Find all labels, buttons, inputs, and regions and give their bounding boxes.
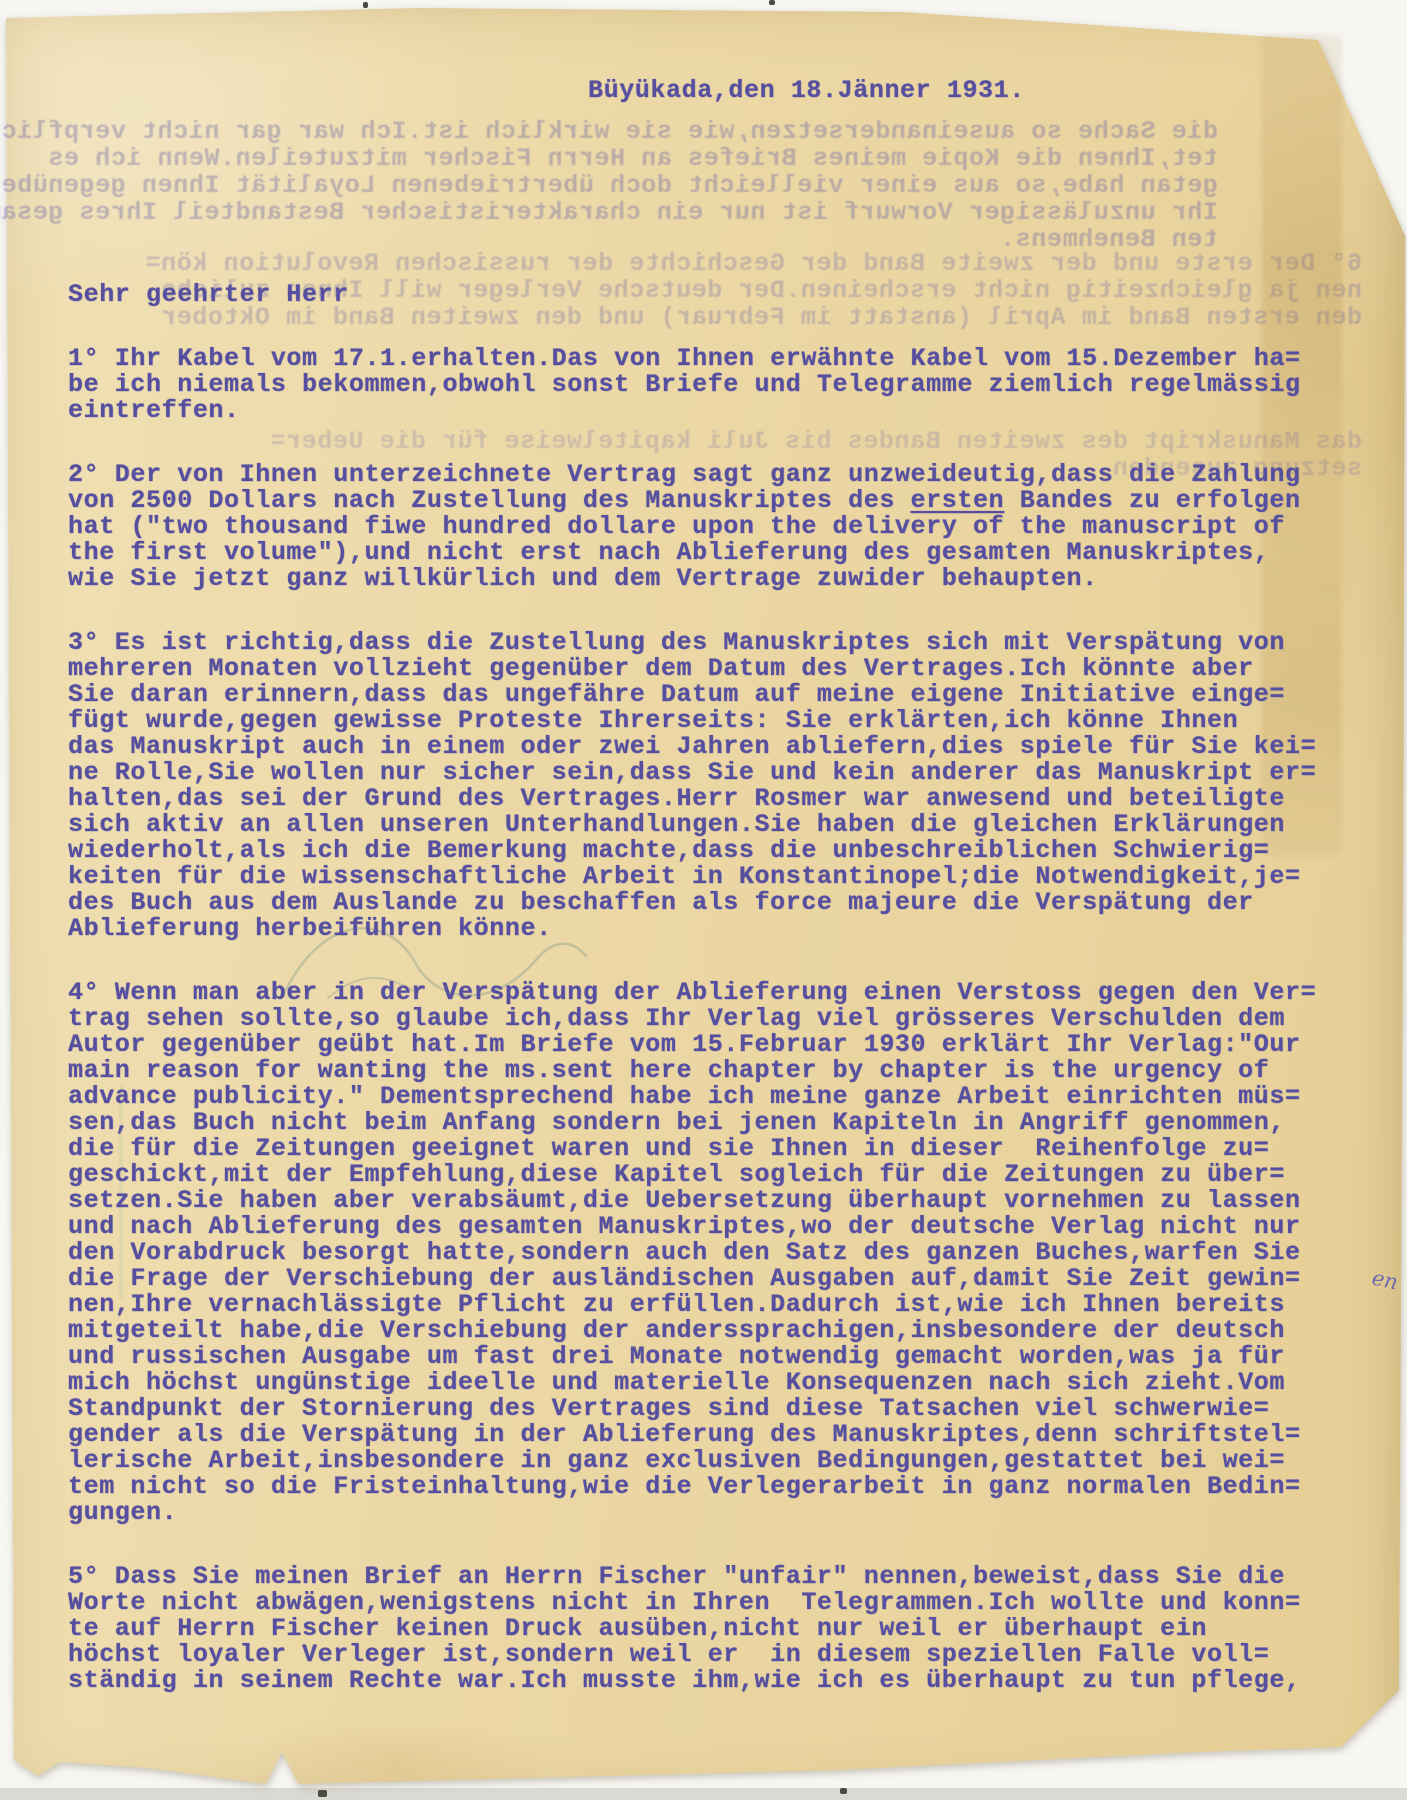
letter-body: Sehr geehrter Herr 1° Ihr Kabel vom 17.1… xyxy=(68,282,1380,1732)
scan-speck xyxy=(840,1788,847,1794)
letter-paragraph: 2° Der von Ihnen unterzeichnete Vertrag … xyxy=(68,462,1380,592)
scan-speck xyxy=(318,1790,327,1797)
bleedthrough-block-1: die Sache so auseinandersetzen,wie sie w… xyxy=(6,118,1218,253)
handwritten-margin-note: en xyxy=(1370,1266,1400,1295)
letter-paragraph: 3° Es ist richtig,dass die Zustellung de… xyxy=(68,630,1380,942)
dateline: Büyükada,den 18.Jänner 1931. xyxy=(588,78,1025,104)
scanned-letter: die Sache so auseinandersetzen,wie sie w… xyxy=(0,0,1407,1800)
letter-paragraph: 5° Dass Sie meinen Brief an Herrn Fische… xyxy=(68,1564,1380,1694)
salutation: Sehr geehrter Herr xyxy=(68,282,1380,308)
scan-speck xyxy=(363,2,368,8)
letter-paragraph: 1° Ihr Kabel vom 17.1.erhalten.Das von I… xyxy=(68,346,1380,424)
letter-paragraph: 4° Wenn man aber in der Verspätung der A… xyxy=(68,980,1380,1526)
letter-paragraphs: 1° Ihr Kabel vom 17.1.erhalten.Das von I… xyxy=(68,346,1380,1694)
scan-speck xyxy=(769,0,775,5)
